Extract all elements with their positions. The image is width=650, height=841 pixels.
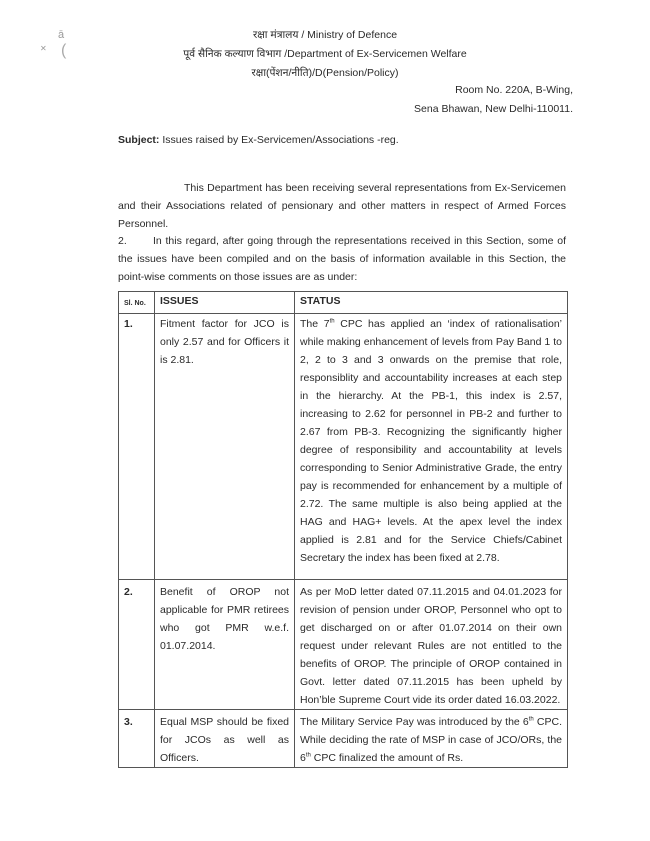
paragraph-number: 2. — [118, 232, 153, 250]
table-row: 1. Fitment factor for JCO is only 2.57 a… — [119, 314, 568, 580]
department-name: पूर्व सैनिक कल्याण विभाग /Department of … — [0, 45, 650, 64]
subject-text: Issues raised by Ex-Servicemen/Associati… — [159, 134, 398, 146]
status-text: CPC finalized the amount of Rs. — [311, 752, 463, 764]
status-text: CPC has applied an ‘index of rationalisa… — [300, 318, 562, 564]
subject-label: Subject: — [118, 134, 159, 146]
office-address: Room No. 220A, B-Wing, Sena Bhawan, New … — [414, 81, 573, 119]
document-page: ā ✕ ( रक्षा मंत्रालय / Ministry of Defen… — [0, 0, 650, 841]
row-sl-no: 1. — [119, 314, 155, 580]
row-sl-no: 2. — [119, 580, 155, 710]
paragraph-1: This Department has been receiving sever… — [118, 179, 566, 233]
table-row: 3. Equal MSP should be fixed for JCOs as… — [119, 710, 568, 768]
row-sl-no: 3. — [119, 710, 155, 768]
row-issue: Benefit of OROP not applicable for PMR r… — [155, 580, 295, 710]
header-status: STATUS — [295, 292, 568, 314]
paragraph-text: In this regard, after going through the … — [118, 235, 566, 283]
status-text: The Military Service Pay was introduced … — [300, 716, 529, 728]
subject-line: Subject: Issues raised by Ex-Servicemen/… — [118, 134, 399, 146]
row-status: The 7th CPC has applied an ‘index of rat… — [295, 314, 568, 580]
table-row: 2. Benefit of OROP not applicable for PM… — [119, 580, 568, 710]
issues-table: Sl. No. ISSUES STATUS 1. Fitment factor … — [118, 291, 568, 768]
row-status: The Military Service Pay was introduced … — [295, 710, 568, 768]
ministry-name: रक्षा मंत्रालय / Ministry of Defence — [0, 26, 650, 45]
letterhead: रक्षा मंत्रालय / Ministry of Defence पूर… — [0, 26, 650, 83]
header-sl-no: Sl. No. — [119, 292, 155, 314]
address-line: Sena Bhawan, New Delhi-110011. — [414, 100, 573, 119]
header-issues: ISSUES — [155, 292, 295, 314]
row-issue: Equal MSP should be fixed for JCOs as we… — [155, 710, 295, 768]
row-status: As per MoD letter dated 07.11.2015 and 0… — [295, 580, 568, 710]
status-text: The 7 — [300, 318, 330, 330]
table-header-row: Sl. No. ISSUES STATUS — [119, 292, 568, 314]
address-line: Room No. 220A, B-Wing, — [414, 81, 573, 100]
paragraph-2: 2.In this regard, after going through th… — [118, 232, 566, 286]
row-issue: Fitment factor for JCO is only 2.57 and … — [155, 314, 295, 580]
